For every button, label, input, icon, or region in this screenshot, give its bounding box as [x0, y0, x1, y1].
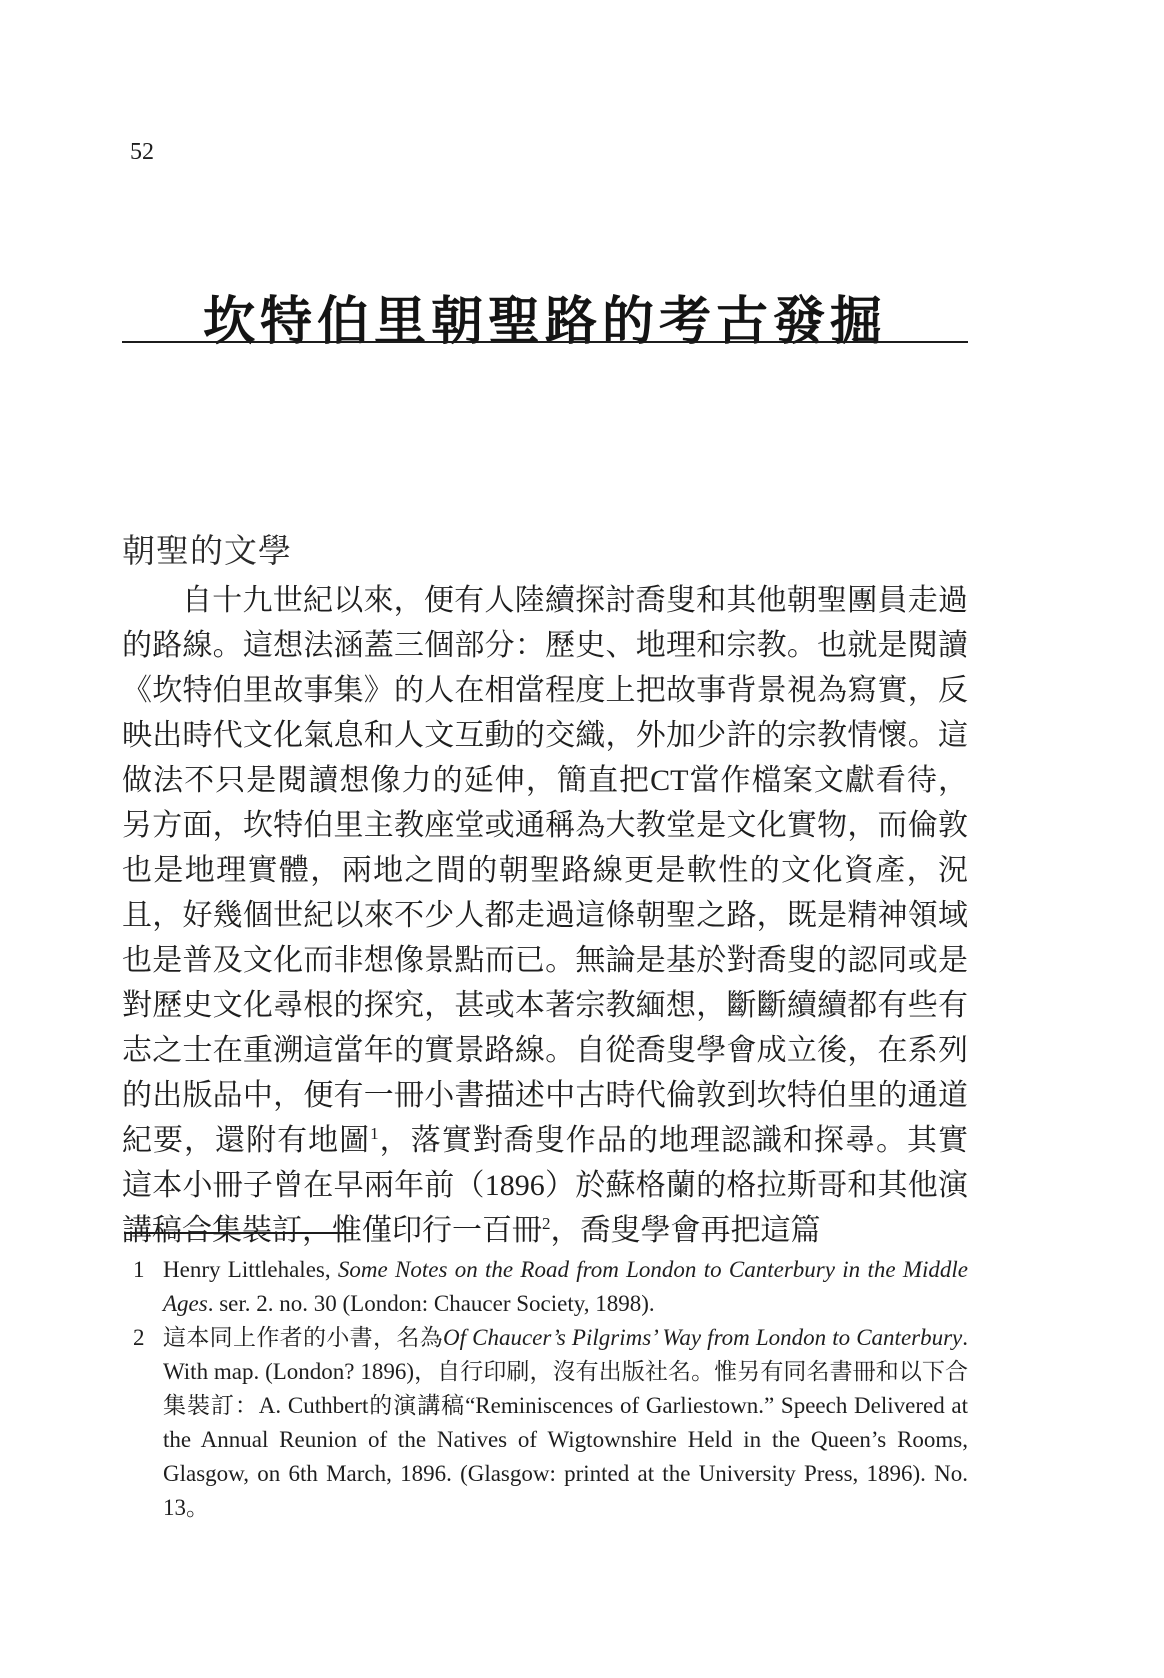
footnote-number-2: 2 — [122, 1321, 163, 1355]
footnote-text-2: 這本同上作者的小書，名為Of Chaucer’s Pilgrims’ Way f… — [163, 1321, 968, 1525]
body-text-part3: ，喬叟學會再把這篇 — [551, 1214, 821, 1247]
footnote-reference-1: 1 — [370, 1124, 379, 1143]
footnote-number-1: 1 — [122, 1253, 163, 1287]
section-heading: 朝聖的文學 — [122, 530, 292, 571]
footnote-item-2: 2 這本同上作者的小書，名為Of Chaucer’s Pilgrims’ Way… — [122, 1321, 968, 1525]
footnote-2-pre: 這本同上作者的小書，名為 — [163, 1325, 443, 1350]
book-page: 52 坎特伯里朝聖路的考古發掘 朝聖的文學 自十九世紀以來，便有人陸續探討喬叟和… — [0, 0, 1164, 1678]
footnote-item-1: 1 Henry Littlehales, Some Notes on the R… — [122, 1253, 968, 1321]
footnote-1-pre: Henry Littlehales, — [163, 1257, 338, 1282]
footnote-list: 1 Henry Littlehales, Some Notes on the R… — [122, 1253, 968, 1525]
page-number: 52 — [130, 138, 154, 167]
footnote-text-1: Henry Littlehales, Some Notes on the Roa… — [163, 1253, 968, 1321]
title-rule-divider — [122, 341, 968, 343]
footnote-2-book-title: Of Chaucer’s Pilgrims’ Way from London t… — [443, 1325, 962, 1350]
footnote-reference-2: 2 — [542, 1214, 551, 1233]
footnote-2-post: . With map. (London? 1896)，自行印刷，沒有出版社名。惟… — [163, 1325, 968, 1520]
article-title: 坎特伯里朝聖路的考古發掘 — [122, 287, 968, 360]
body-text-part1: 自十九世紀以來，便有人陸續探討喬叟和其他朝聖團員走過的路線。這想法涵蓋三個部分：… — [122, 584, 968, 1157]
body-paragraph: 自十九世紀以來，便有人陸續探討喬叟和其他朝聖團員走過的路線。這想法涵蓋三個部分：… — [122, 578, 968, 1253]
footnote-separator-rule — [124, 1232, 352, 1234]
footnote-1-post: . ser. 2. no. 30 (London: Chaucer Societ… — [208, 1291, 655, 1316]
